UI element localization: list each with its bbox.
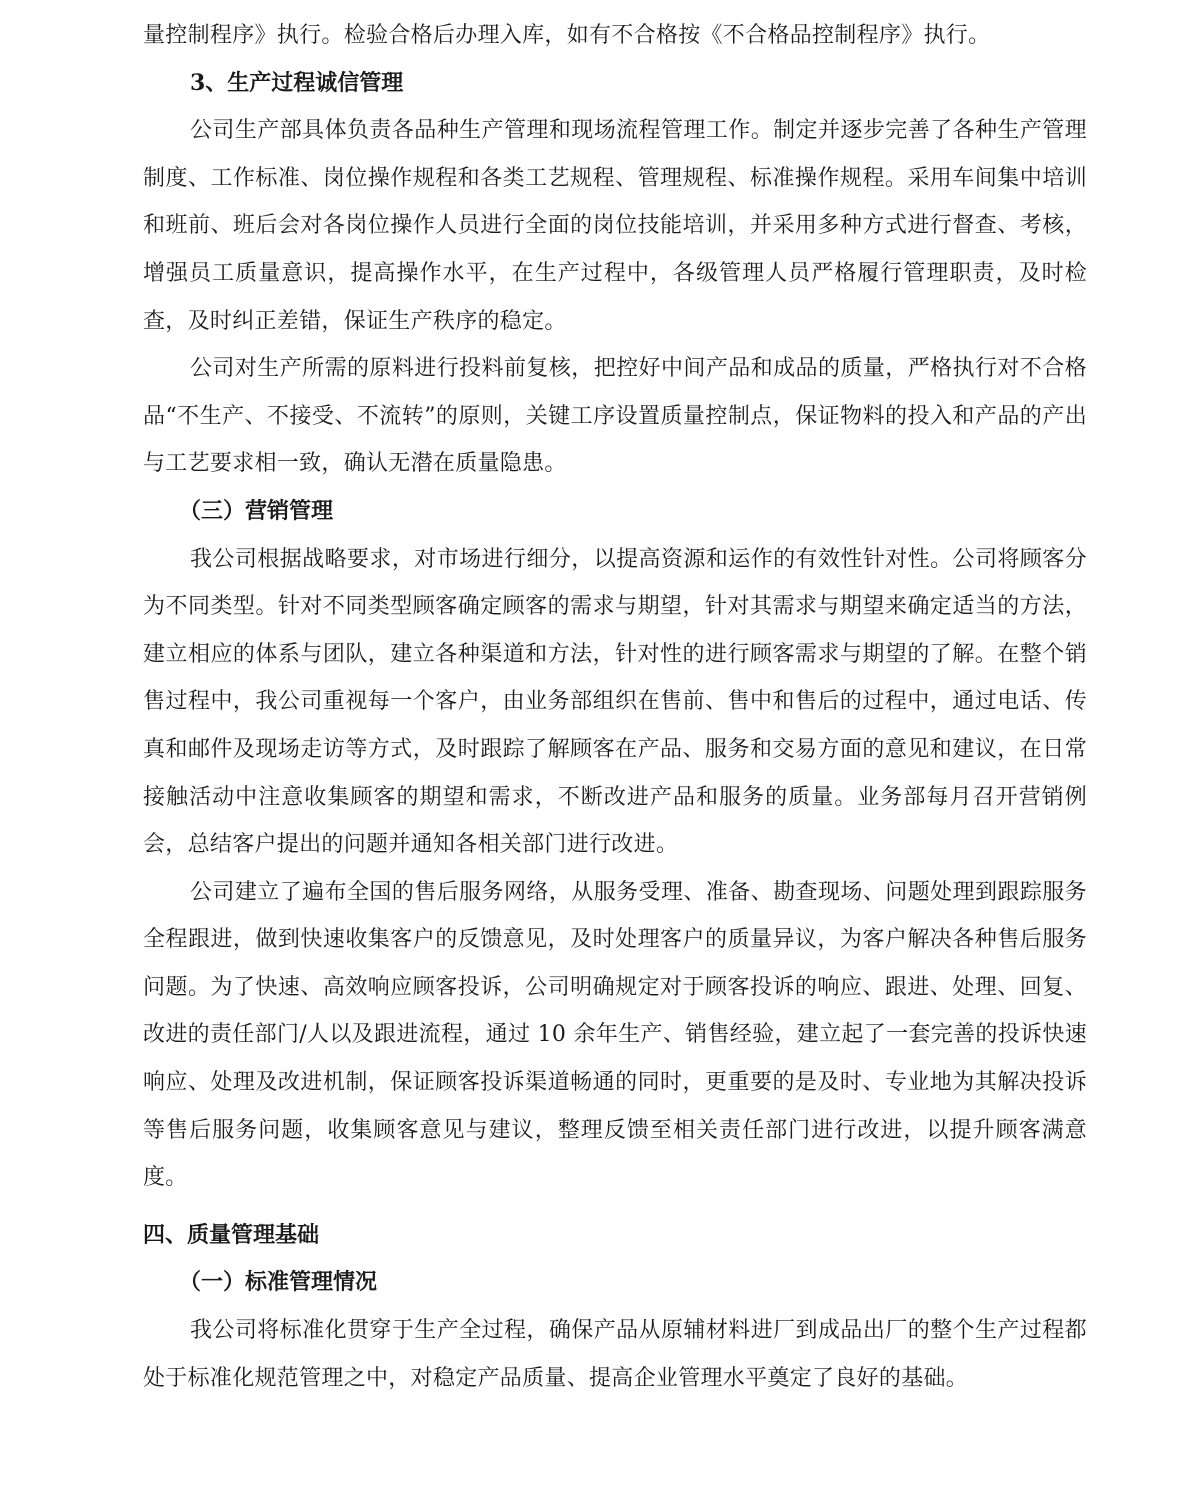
paragraph-after-sales-network: 公司建立了遍布全国的售后服务网络，从服务受理、准备、勘查现场、问题处理到跟踪服务… xyxy=(143,869,1087,1202)
section-heading-production-integrity: 3、生产过程诚信管理 xyxy=(143,60,1087,108)
chapter-heading-quality-foundation: 四、质量管理基础 xyxy=(143,1212,1087,1260)
continuation-paragraph: 量控制程序》执行。检验合格后办理入库，如有不合格按《不合格品控制程序》执行。 xyxy=(143,12,1087,60)
document-page: 量控制程序》执行。检验合格后办理入库，如有不合格按《不合格品控制程序》执行。 3… xyxy=(143,12,1087,1402)
paragraph-production-management: 公司生产部具体负责各品种生产管理和现场流程管理工作。制定并逐步完善了各种生产管理… xyxy=(143,107,1087,345)
section-heading-standards: （一）标准管理情况 xyxy=(143,1259,1087,1307)
paragraph-standardization: 我公司将标准化贯穿于生产全过程，确保产品从原辅材料进厂到成品出厂的整个生产过程都… xyxy=(143,1307,1087,1402)
section-heading-marketing: （三）营销管理 xyxy=(143,488,1087,536)
paragraph-raw-material-review: 公司对生产所需的原料进行投料前复核，把控好中间产品和成品的质量，严格执行对不合格… xyxy=(143,345,1087,488)
paragraph-market-segmentation: 我公司根据战略要求，对市场进行细分，以提高资源和运作的有效性针对性。公司将顾客分… xyxy=(143,536,1087,869)
